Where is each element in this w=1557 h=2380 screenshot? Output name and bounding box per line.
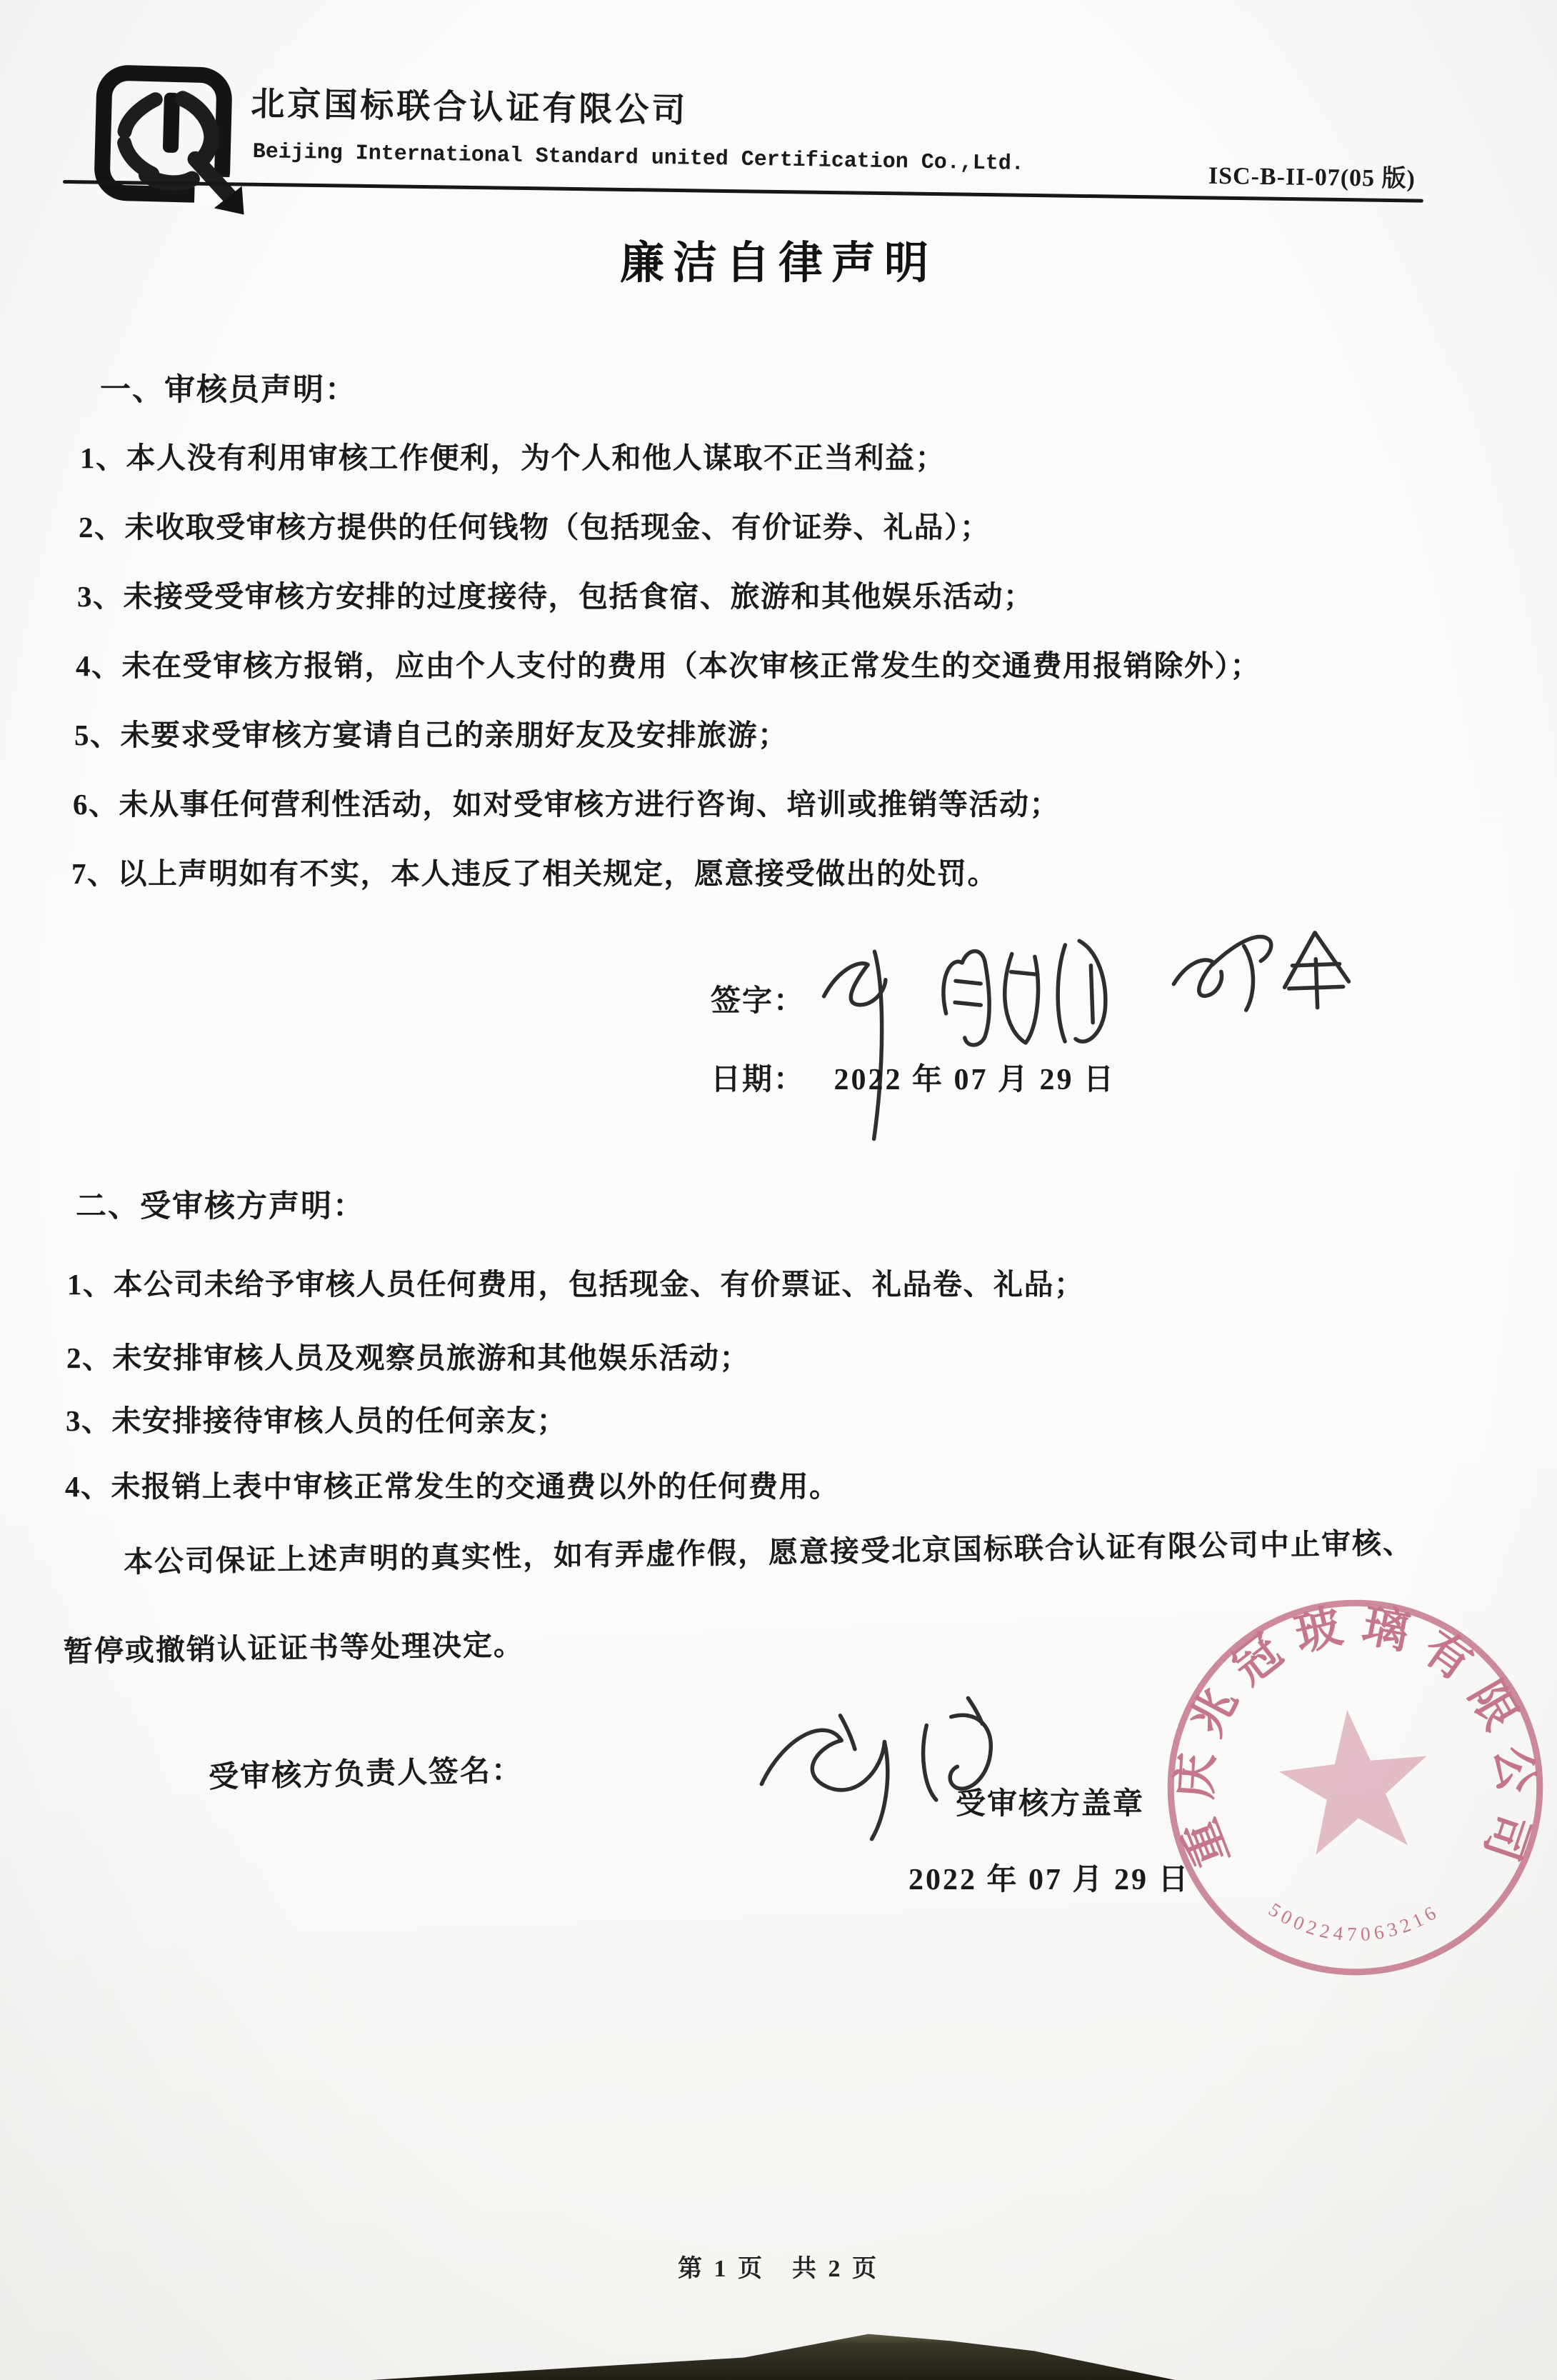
- auditor-date-value: 2022 年 07 月 29 日: [834, 1064, 1116, 1096]
- page-title: 廉洁自律声明: [0, 227, 1557, 291]
- document-page: 北京国标联合认证有限公司 Beijing International Stand…: [0, 0, 1557, 2380]
- company-stamp: 重庆兆冠玻璃有限公司 5002247063216: [1153, 1584, 1557, 1988]
- stamp-caption: 受审核方盖章: [956, 1780, 1144, 1823]
- doc-code: ISC-B-II-07(05 版): [1208, 156, 1416, 194]
- auditor-date-line: 日期： 2022 年 07 月 29 日: [711, 1056, 1116, 1099]
- rep-signature-handwriting: [731, 1662, 1054, 1864]
- auditor-declaration-item: 5、未要求受审核方宴请自己的亲朋好友及安排旅游；: [74, 711, 788, 754]
- auditor-signatures-handwriting: [781, 891, 1389, 1147]
- desk-shadow: [371, 2330, 1200, 2380]
- auditee-declaration-heading: 二、受审核方声明：: [76, 1182, 365, 1226]
- company-name-en: Beijing International Standard united Ce…: [252, 140, 1024, 176]
- auditee-declaration-item: 2、未安排审核人员及观察员旅游和其他娱乐活动；: [66, 1334, 750, 1376]
- auditor-declaration-item: 1、本人没有利用审核工作便利，为个人和他人谋取不正当利益；: [80, 434, 946, 476]
- auditor-declaration-item: 4、未在受审核方报销，应由个人支付的费用（本次审核正常发生的交通费用报销除外）；: [76, 642, 1261, 684]
- star-icon: [1273, 1702, 1436, 1857]
- auditee-declaration-item: 3、未安排接待审核人员的任何亲友；: [66, 1397, 567, 1439]
- auditor-declaration-item: 3、未接受受审核方安排的过度接待，包括食宿、旅游和其他娱乐活动；: [77, 573, 1034, 615]
- auditor-date-label: 日期：: [711, 1064, 805, 1096]
- company-logo: [88, 59, 264, 235]
- svg-text:5002247063216: 5002247063216: [1265, 1899, 1440, 1945]
- stamp-date: 2022 年 07 月 29 日: [908, 1856, 1191, 1899]
- company-name-cn: 北京国标联合认证有限公司: [251, 77, 689, 132]
- auditor-declaration-item: 2、未收取受审核方提供的任何钱物（包括现金、有价证券、礼品）；: [79, 504, 991, 546]
- auditor-declaration-heading: 一、审核员声明：: [100, 366, 357, 409]
- page-indicator: 第 1 页 共 2 页: [0, 2249, 1557, 2284]
- auditee-declaration-item: 1、本公司未给予审核人员任何费用，包括现金、有价票证、礼品卷、礼品；: [67, 1261, 1085, 1303]
- auditor-declaration-item: 7、以上声明如有不实，本人违反了相关规定，愿意接受做出的处罚。: [71, 850, 998, 892]
- stamp-serial-number: 5002247063216: [1265, 1899, 1440, 1945]
- rep-sign-label: 受审核方负责人签名：: [208, 1746, 523, 1796]
- auditor-declaration-item: 6、未从事任何营利性活动，如对受审核方进行咨询、培训或推销等活动；: [73, 781, 1060, 823]
- auditee-declaration-item: 4、未报销上表中审核正常发生的交通费以外的任何费用。: [65, 1463, 840, 1505]
